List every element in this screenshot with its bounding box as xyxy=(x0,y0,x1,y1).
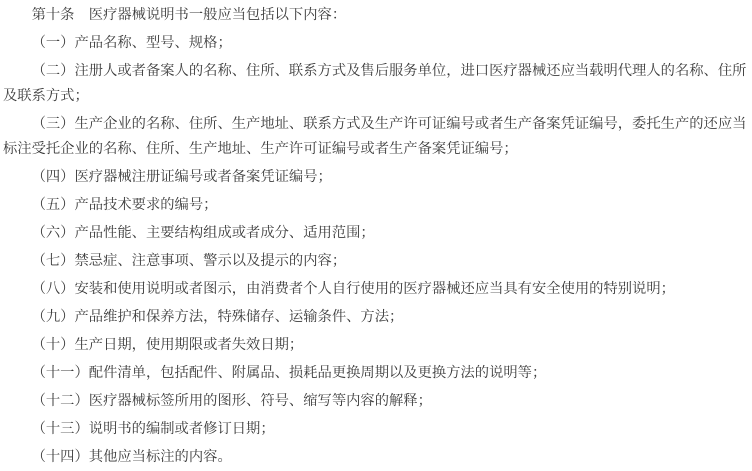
clause-item-4: （四）医疗器械注册证编号或者备案凭证编号； xyxy=(3,165,747,190)
clause-item-14: （十四）其他应当标注的内容。 xyxy=(3,445,747,470)
clause-item-1: （一）产品名称、型号、规格； xyxy=(3,31,747,56)
clause-item-11: （十一）配件清单，包括配件、附属品、损耗品更换周期以及更换方法的说明等； xyxy=(3,361,747,386)
clause-item-10: （十）生产日期，使用期限或者失效日期； xyxy=(3,333,747,358)
clause-item-7: （七）禁忌症、注意事项、警示以及提示的内容； xyxy=(3,249,747,274)
article-heading: 第十条 医疗器械说明书一般应当包括以下内容： xyxy=(3,3,747,28)
clause-item-13: （十三）说明书的编制或者修订日期； xyxy=(3,417,747,442)
clause-item-12: （十二）医疗器械标签所用的图形、符号、缩写等内容的解释； xyxy=(3,389,747,414)
clause-item-5: （五）产品技术要求的编号； xyxy=(3,193,747,218)
clause-item-3: （三）生产企业的名称、住所、生产地址、联系方式及生产许可证编号或者生产备案凭证编… xyxy=(3,112,747,162)
clause-item-6: （六）产品性能、主要结构组成或者成分、适用范围； xyxy=(3,221,747,246)
clause-item-9: （九）产品维护和保养方法，特殊储存、运输条件、方法； xyxy=(3,305,747,330)
clause-item-2: （二）注册人或者备案人的名称、住所、联系方式及售后服务单位，进口医疗器械还应当载… xyxy=(3,59,747,109)
clause-item-8: （八）安装和使用说明或者图示，由消费者个人自行使用的医疗器械还应当具有安全使用的… xyxy=(3,277,747,302)
document-page: 第十条 医疗器械说明书一般应当包括以下内容： （一）产品名称、型号、规格； （二… xyxy=(0,0,752,471)
